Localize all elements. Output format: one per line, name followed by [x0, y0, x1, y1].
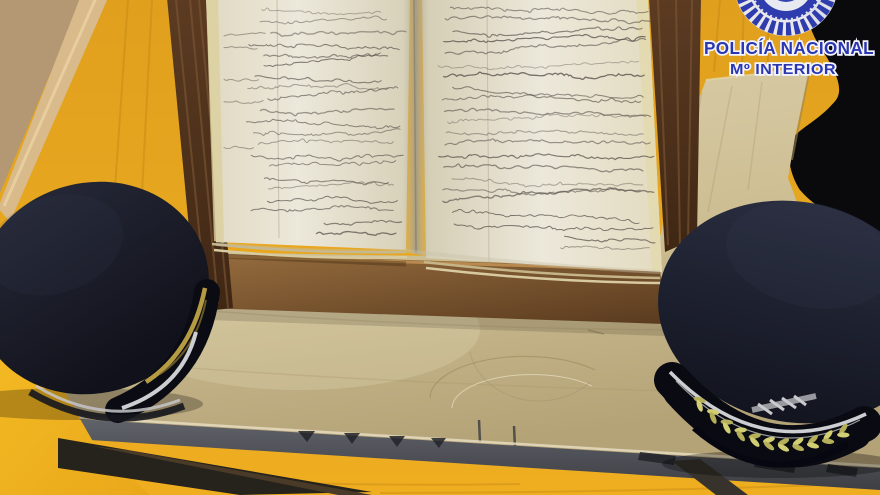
- evidence-photo: POLICÍA NACIONAL Mº INTERIOR: [0, 0, 880, 495]
- logo-line1: POLICÍA NACIONAL: [704, 37, 874, 58]
- manuscript-book: [206, 0, 662, 283]
- left-page: [206, 0, 410, 250]
- logo-line2: Mº INTERIOR: [730, 62, 836, 78]
- photo-scene: POLICÍA NACIONAL Mº INTERIOR: [0, 0, 880, 495]
- right-page: [422, 0, 662, 272]
